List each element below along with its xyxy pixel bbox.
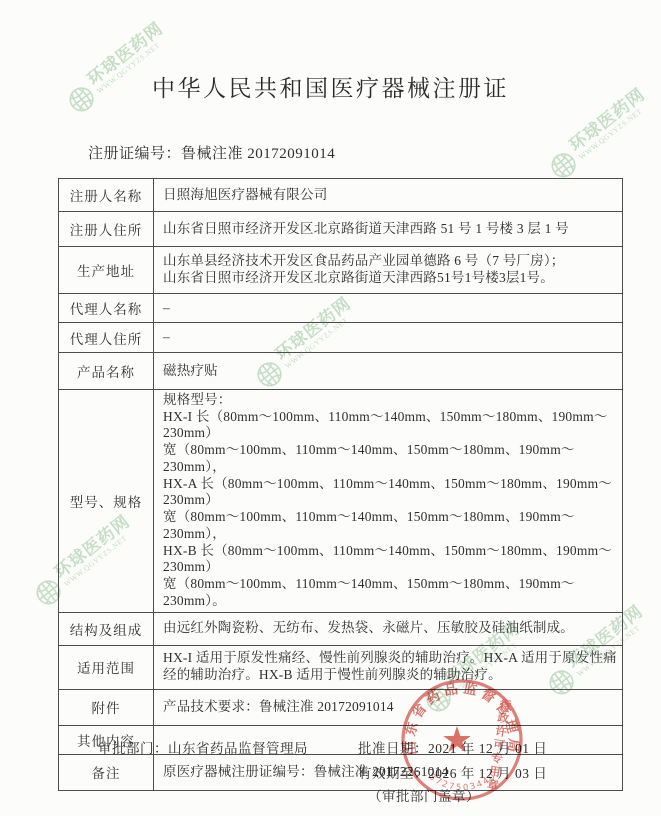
table-row-registrant-name: 注册人名称 日照海旭医疗器械有限公司 bbox=[59, 179, 623, 212]
table-row-structure: 结构及组成 由远红外陶瓷粉、无纺布、发热袋、永磁片、压敏胶及硅油纸制成。 bbox=[59, 612, 623, 645]
table-row-product-name: 产品名称 磁热疗贴 bbox=[59, 353, 623, 390]
row-value: 磁热疗贴 bbox=[154, 353, 623, 390]
row-label: 代理人住所 bbox=[59, 323, 154, 353]
seal-note: （审批部门盖章） bbox=[368, 785, 480, 805]
row-value: 日照海旭医疗器械有限公司 bbox=[154, 179, 623, 212]
page-title: 中华人民共和国医疗器械注册证 bbox=[0, 70, 661, 103]
table-row-agent-name: 代理人名称 – bbox=[59, 294, 623, 323]
registration-number-line: 注册证编号：鲁械注准 20172091014 bbox=[88, 142, 335, 163]
row-label: 型号、规格 bbox=[59, 390, 154, 613]
approval-date: 批准日期：2021 年 12 月 01 日 bbox=[358, 737, 547, 757]
row-label: 生产地址 bbox=[59, 247, 154, 294]
table-row-production-address: 生产地址 山东单县经济技术开发区食品药品产业园单德路 6 号（7 号厂房）； 山… bbox=[59, 247, 623, 294]
row-label: 注册人住所 bbox=[59, 212, 154, 247]
row-value: HX-I 适用于原发性痛经、慢性前列腺炎的辅助治疗。HX-A 适用于原发性痛经的… bbox=[154, 645, 623, 689]
row-label: 适用范围 bbox=[59, 645, 154, 689]
registration-number-value: 鲁械注准 20172091014 bbox=[181, 146, 335, 162]
table-row-model-spec: 型号、规格 规格型号： HX-I 长（80mm～100mm、110mm～140m… bbox=[59, 390, 623, 613]
row-value: – bbox=[154, 294, 623, 323]
watermark-url: WWW.QGYYZS.NET bbox=[577, 99, 653, 160]
certificate-table: 注册人名称 日照海旭医疗器械有限公司 注册人住所 山东省日照市经济开发区北京路街… bbox=[58, 178, 623, 791]
row-value: 规格型号： HX-I 长（80mm～100mm、110mm～140mm、150m… bbox=[154, 390, 623, 613]
row-label: 代理人名称 bbox=[59, 294, 154, 323]
registration-number-label: 注册证编号： bbox=[88, 146, 181, 162]
table-row-agent-address: 代理人住所 – bbox=[59, 323, 623, 353]
row-value: 山东省日照市经济开发区北京路街道天津西路 51 号 1 号楼 3 层 1 号 bbox=[154, 212, 623, 247]
row-value: 产品技术要求：鲁械注准 20172091014 bbox=[154, 689, 623, 725]
table-row-registrant-address: 注册人住所 山东省日照市经济开发区北京路街道天津西路 51 号 1 号楼 3 层… bbox=[59, 212, 623, 247]
row-value: 由远红外陶瓷粉、无纺布、发热袋、永磁片、压敏胶及硅油纸制成。 bbox=[154, 612, 623, 645]
row-value: – bbox=[154, 323, 623, 353]
certificate-page: 环球医药网 WWW.QGYYZS.NET 环球医药网 WWW.QGYYZS.NE… bbox=[0, 0, 661, 816]
row-value: 山东单县经济技术开发区食品药品产业园单德路 6 号（7 号厂房）； 山东省日照市… bbox=[154, 247, 623, 294]
row-label: 产品名称 bbox=[59, 353, 154, 390]
table-row-scope: 适用范围 HX-I 适用于原发性痛经、慢性前列腺炎的辅助治疗。HX-A 适用于原… bbox=[59, 645, 623, 689]
valid-until-date: 有效期至：2026 年 12 月 03 日 bbox=[358, 762, 547, 782]
row-label: 备注 bbox=[59, 754, 154, 790]
table-row-attachment: 附件 产品技术要求：鲁械注准 20172091014 bbox=[59, 689, 623, 725]
row-label: 附件 bbox=[59, 689, 154, 725]
approval-department: 审批部门：山东省药品监督管理局 bbox=[98, 737, 308, 757]
row-label: 注册人名称 bbox=[59, 179, 154, 212]
row-label: 结构及组成 bbox=[59, 612, 154, 645]
